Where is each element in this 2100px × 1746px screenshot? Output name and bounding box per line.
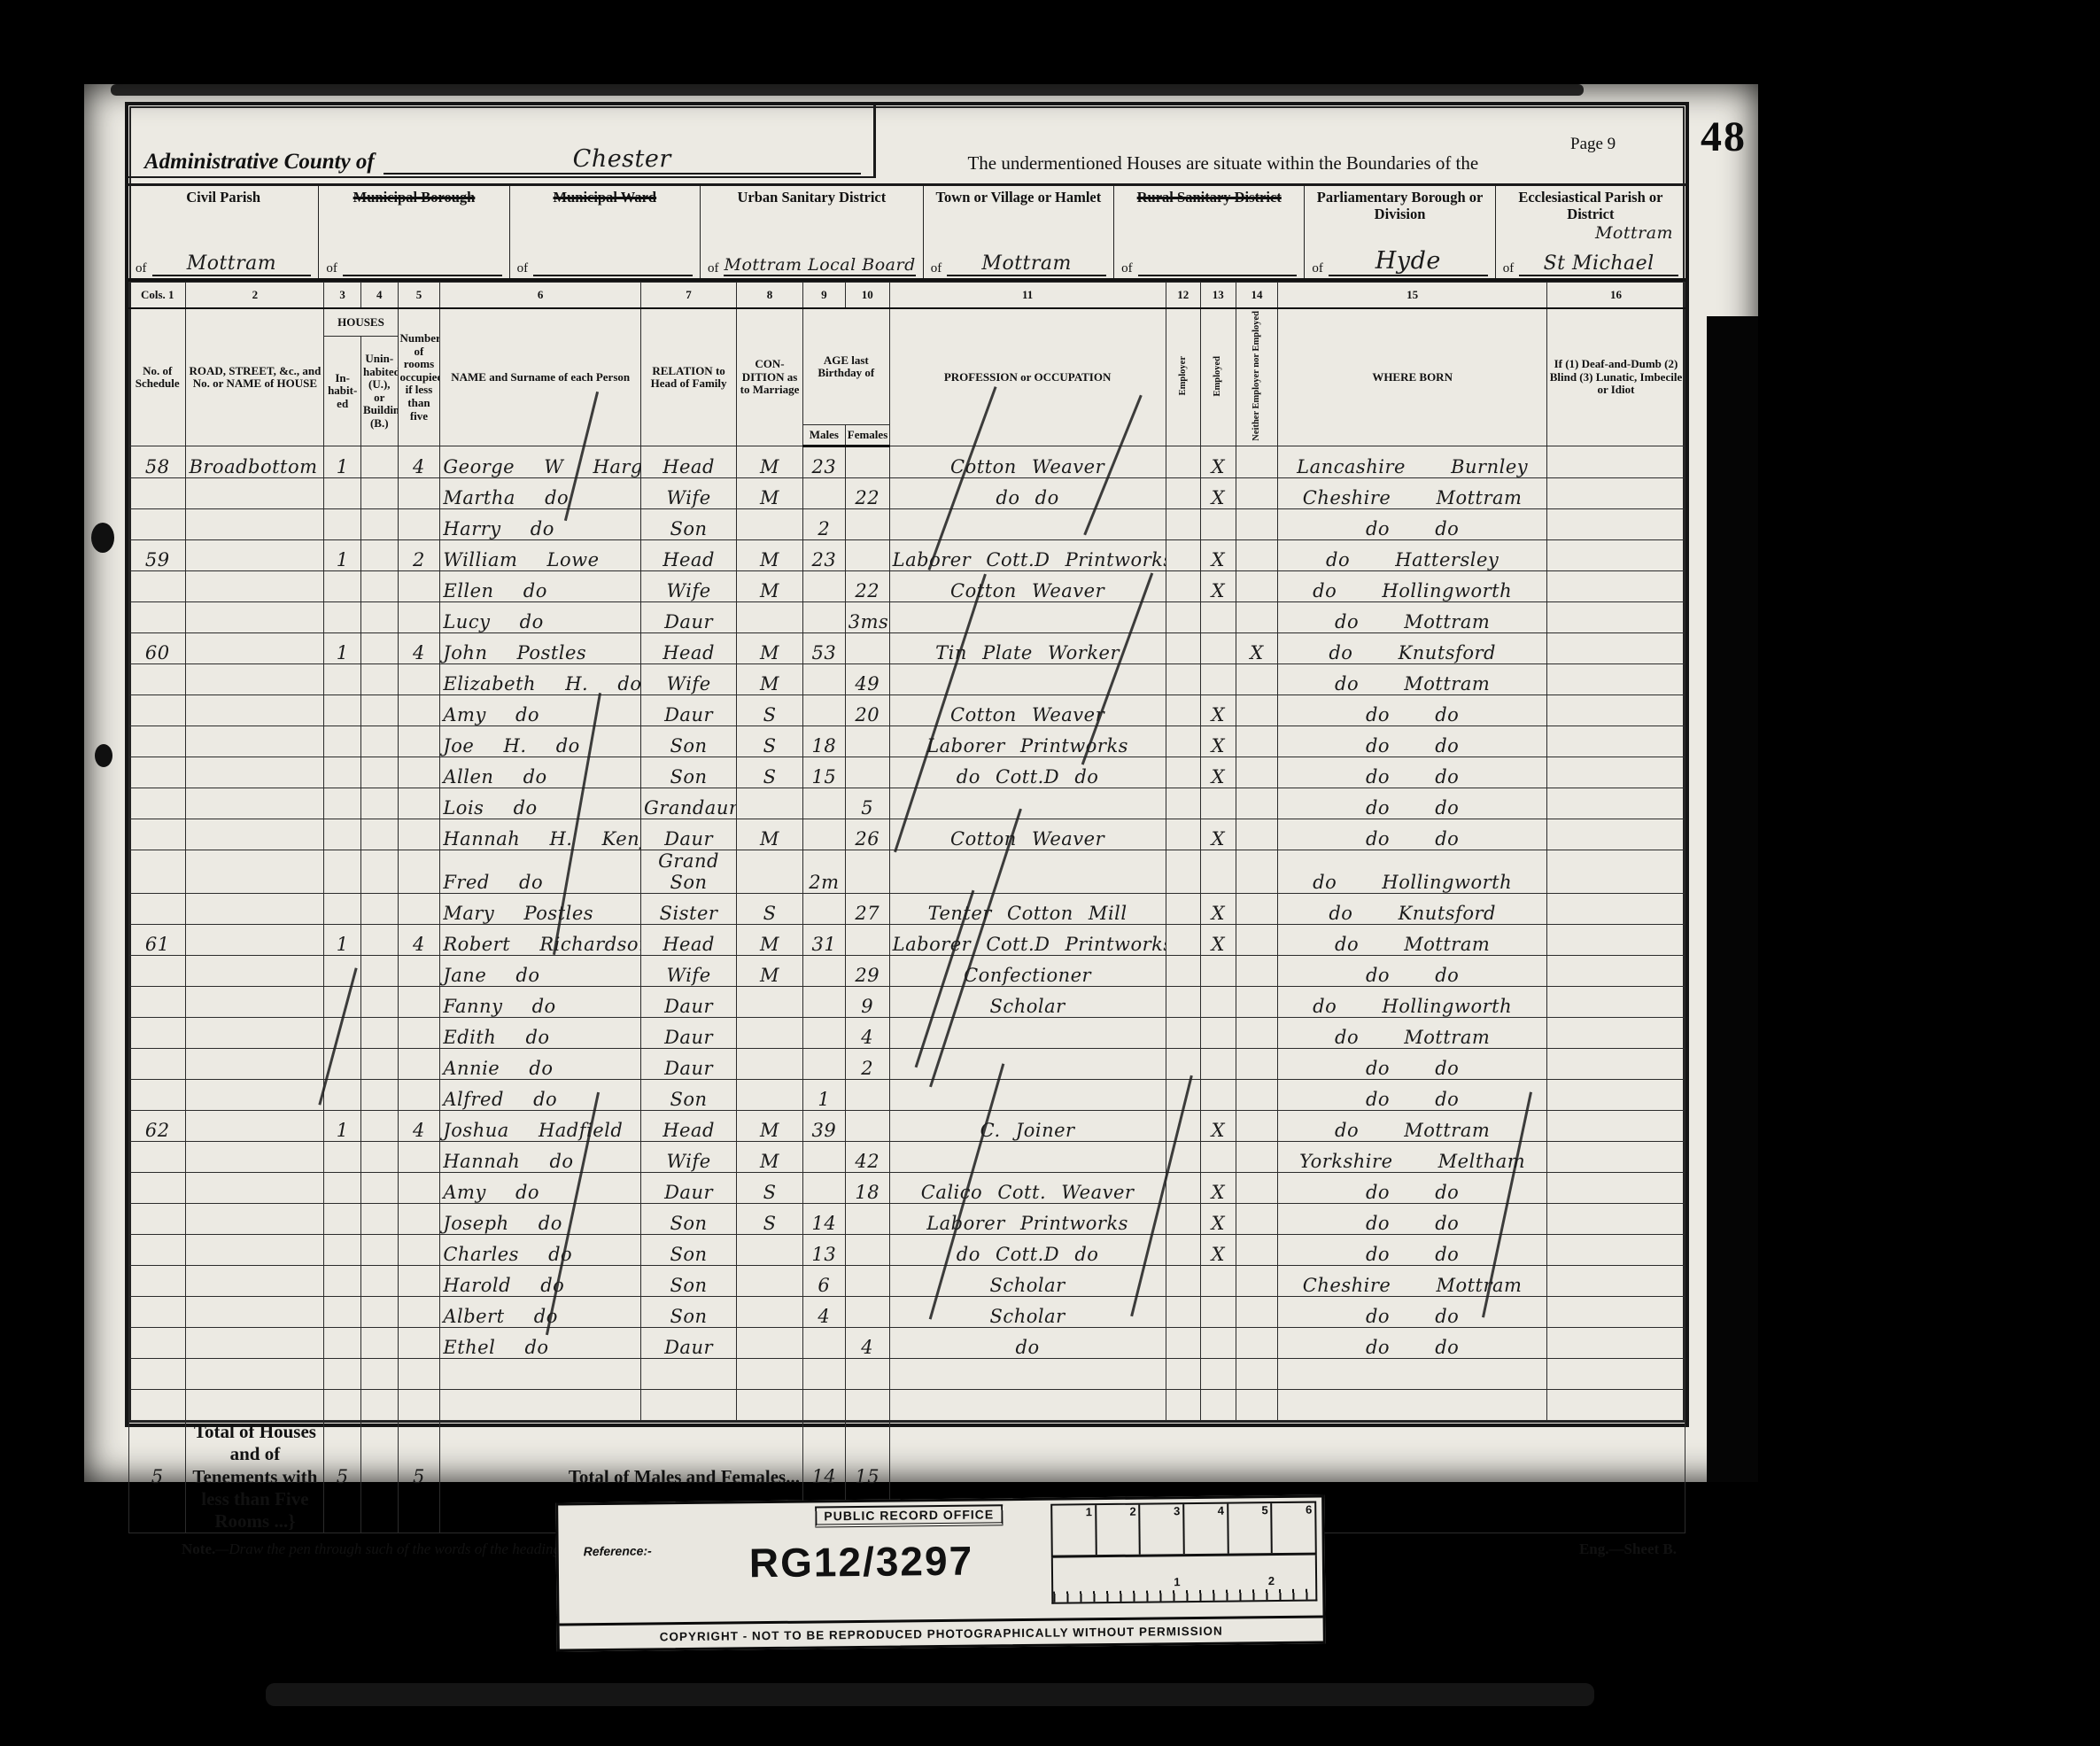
- cell-condition: M: [737, 925, 803, 956]
- header-inhabited: In-habit-ed: [324, 337, 361, 446]
- cell-where-born: do Mottram: [1278, 664, 1547, 695]
- cell-name: Ethel do: [440, 1328, 641, 1359]
- cell-inhabited: 1: [324, 1111, 361, 1142]
- cell-neither: [1236, 757, 1278, 788]
- ink-blot: [95, 744, 112, 767]
- cell-name: Albert do: [440, 1297, 641, 1328]
- cell-where-born: do do: [1278, 1328, 1547, 1359]
- cell-relation: Head: [641, 446, 737, 478]
- cell-condition: [737, 987, 803, 1018]
- cell-occupation: Laborer Printworks: [889, 726, 1166, 757]
- cell-occupation: Laborer Cott.D Printworks: [889, 925, 1166, 956]
- total-rooms: 5: [398, 1421, 440, 1533]
- cell-uninhabited: [360, 987, 398, 1018]
- cell-condition: M: [737, 446, 803, 478]
- cell-neither: [1236, 1204, 1278, 1235]
- census-row: Annie do Daur 2 do do: [129, 1049, 1685, 1080]
- cell-neither: [1236, 894, 1278, 925]
- census-row: Charles do Son 13 do Cott.D do X do do: [129, 1235, 1685, 1266]
- cell-relation: Son: [641, 1266, 737, 1297]
- cell-age-male: [802, 695, 845, 726]
- cell-infirmity: [1546, 757, 1685, 788]
- cell-uninhabited: [360, 1111, 398, 1142]
- cell-where-born: do do: [1278, 819, 1547, 850]
- cell-where-born: [1278, 1390, 1547, 1421]
- cell-rooms: 4: [398, 633, 440, 664]
- cell-where-born: do do: [1278, 788, 1547, 819]
- cell-inhabited: [324, 478, 361, 509]
- col-number: 4: [360, 283, 398, 309]
- cell-occupation: do Cott.D do: [889, 757, 1166, 788]
- cell-schedule: 59: [129, 540, 186, 571]
- cell-neither: [1236, 1049, 1278, 1080]
- cell-infirmity: [1546, 1111, 1685, 1142]
- cell-age-female: 27: [845, 894, 889, 925]
- cell-occupation: Scholar: [889, 987, 1166, 1018]
- cell-inhabited: [324, 956, 361, 987]
- cell-name: Joseph do: [440, 1204, 641, 1235]
- cell-age-male: [802, 1173, 845, 1204]
- cell-age-female: [845, 633, 889, 664]
- cell-name: Joshua Hadfield: [440, 1111, 641, 1142]
- header-infirmity: If (1) Deaf-and-Dumb (2) Blind (3) Lunat…: [1546, 308, 1685, 446]
- census-rows: 58 Broadbottom New Road 1 4 George W Har…: [129, 446, 1685, 1421]
- cell-occupation: Cotton Weaver: [889, 446, 1166, 478]
- cell-condition: M: [737, 1111, 803, 1142]
- cell-employed: [1201, 1080, 1236, 1111]
- cell-age-male: [802, 894, 845, 925]
- cell-age-male: [802, 1049, 845, 1080]
- cell-employed: X: [1201, 478, 1236, 509]
- cell-employer: [1166, 1018, 1201, 1049]
- cell-road: [186, 1204, 324, 1235]
- cell-where-born: do do: [1278, 695, 1547, 726]
- census-row: Fanny do Daur 9 Scholar do Hollingworth: [129, 987, 1685, 1018]
- cell-road: [186, 509, 324, 540]
- cell-condition: S: [737, 757, 803, 788]
- cell-infirmity: [1546, 1204, 1685, 1235]
- cell-employer: [1166, 956, 1201, 987]
- cell-relation: Wife: [641, 571, 737, 602]
- cell-uninhabited: [360, 540, 398, 571]
- census-scan-page: { "page": { "margin_number": "48", "page…: [0, 0, 2100, 1746]
- census-row: Hannah do Wife M 42 Yorkshire Meltham: [129, 1142, 1685, 1173]
- census-row: 61 1 4 Robert Richardson Head M 31 Labor…: [129, 925, 1685, 956]
- cell-road: [186, 695, 324, 726]
- cell-road: [186, 1390, 324, 1421]
- cell-where-born: do do: [1278, 1049, 1547, 1080]
- cell-schedule: [129, 571, 186, 602]
- cell-relation: Wife: [641, 956, 737, 987]
- cell-name: John Postles: [440, 633, 641, 664]
- cell-schedule: 58: [129, 446, 186, 478]
- cell-name: Mary Postles: [440, 894, 641, 925]
- census-row: Albert do Son 4 Scholar do do: [129, 1297, 1685, 1328]
- cell-inhabited: [324, 819, 361, 850]
- cell-schedule: [129, 1266, 186, 1297]
- header-males: Males: [802, 425, 845, 446]
- cell-relation: [641, 1390, 737, 1421]
- cell-infirmity: [1546, 478, 1685, 509]
- district-urban-sanitary: Urban Sanitary District of Mottram Local…: [701, 186, 924, 278]
- cell-where-born: do do: [1278, 1204, 1547, 1235]
- cell-schedule: [129, 757, 186, 788]
- census-row: Alfred do Son 1 do do: [129, 1080, 1685, 1111]
- header-occupation: PROFESSION or OCCUPATION: [889, 308, 1166, 446]
- cell-rooms: [398, 1359, 440, 1390]
- ecclesiastical-value-above: Mottram: [1595, 223, 1673, 243]
- cell-schedule: [129, 850, 186, 894]
- cell-schedule: [129, 1142, 186, 1173]
- cell-employer: [1166, 1049, 1201, 1080]
- cell-age-female: 9: [845, 987, 889, 1018]
- cell-name: Allen do: [440, 757, 641, 788]
- cell-employed: [1201, 1142, 1236, 1173]
- cell-infirmity: [1546, 446, 1685, 478]
- census-row: Edith do Daur 4 do Mottram: [129, 1018, 1685, 1049]
- col-number: 5: [398, 283, 440, 309]
- cell-inhabited: [324, 850, 361, 894]
- cell-rooms: [398, 1297, 440, 1328]
- cell-rooms: [398, 757, 440, 788]
- cell-infirmity: [1546, 726, 1685, 757]
- cell-employed: X: [1201, 540, 1236, 571]
- census-row: Allen do Son S 15 do Cott.D do X do do: [129, 757, 1685, 788]
- cell-relation: Daur: [641, 1018, 737, 1049]
- cell-uninhabited: [360, 664, 398, 695]
- cell-age-male: 23: [802, 446, 845, 478]
- cell-neither: [1236, 602, 1278, 633]
- cell-where-born: do do: [1278, 956, 1547, 987]
- header-rooms: Number of rooms occupied if less than fi…: [398, 308, 440, 446]
- cell-age-female: 18: [845, 1173, 889, 1204]
- pro-reference-stamp: PUBLIC RECORD OFFICE Reference:- RG12/32…: [555, 1494, 1326, 1651]
- cell-where-born: Lancashire Burnley: [1278, 446, 1547, 478]
- cell-relation: Grandaur: [641, 788, 737, 819]
- cell-rooms: [398, 695, 440, 726]
- cell-relation: Son: [641, 1235, 737, 1266]
- census-row: Hannah H. Kenyon Daur M 26 Cotton Weaver…: [129, 819, 1685, 850]
- cell-infirmity: [1546, 1018, 1685, 1049]
- cell-where-born: do do: [1278, 1173, 1547, 1204]
- cell-uninhabited: [360, 1297, 398, 1328]
- cell-employed: X: [1201, 819, 1236, 850]
- form-header: Administrative County of Chester The und…: [128, 105, 1685, 186]
- cell-age-female: 22: [845, 571, 889, 602]
- cell-age-male: [802, 956, 845, 987]
- cell-rooms: 4: [398, 925, 440, 956]
- cell-age-female: [845, 1080, 889, 1111]
- cell-age-male: [802, 478, 845, 509]
- cell-neither: [1236, 664, 1278, 695]
- cell-employer: [1166, 1235, 1201, 1266]
- cell-employer: [1166, 757, 1201, 788]
- cell-rooms: 2: [398, 540, 440, 571]
- cell-rooms: [398, 1328, 440, 1359]
- cell-employed: [1201, 850, 1236, 894]
- cell-inhabited: [324, 1018, 361, 1049]
- cell-schedule: 60: [129, 633, 186, 664]
- cell-employer: [1166, 540, 1201, 571]
- cell-age-female: [845, 1297, 889, 1328]
- cell-schedule: [129, 664, 186, 695]
- cell-where-born: do Hollingworth: [1278, 850, 1547, 894]
- cell-uninhabited: [360, 850, 398, 894]
- cell-relation: Wife: [641, 664, 737, 695]
- cell-where-born: do Mottram: [1278, 1018, 1547, 1049]
- cell-uninhabited: [360, 478, 398, 509]
- cell-rooms: [398, 1390, 440, 1421]
- cell-name: Annie do: [440, 1049, 641, 1080]
- cell-inhabited: 1: [324, 540, 361, 571]
- scan-dark-edge: [1707, 316, 1758, 1482]
- cell-where-born: do Knutsford: [1278, 894, 1547, 925]
- ruler-inches: 1 2 3 4 5 6: [1050, 1502, 1317, 1558]
- col-number: 16: [1546, 283, 1685, 309]
- cell-employed: [1201, 1359, 1236, 1390]
- cell-schedule: [129, 894, 186, 925]
- census-row: Jane do Wife M 29 Confectioner do do: [129, 956, 1685, 987]
- cell-name: Charles do: [440, 1235, 641, 1266]
- cell-rooms: [398, 1266, 440, 1297]
- cell-inhabited: [324, 571, 361, 602]
- census-row: [129, 1390, 1685, 1421]
- cell-neither: [1236, 850, 1278, 894]
- cell-neither: [1236, 1080, 1278, 1111]
- cell-age-female: [845, 1266, 889, 1297]
- census-row: 58 Broadbottom New Road 1 4 George W Har…: [129, 446, 1685, 478]
- cell-road: [186, 956, 324, 987]
- cell-schedule: [129, 478, 186, 509]
- cell-rooms: [398, 726, 440, 757]
- cell-name: Fanny do: [440, 987, 641, 1018]
- header-schedule: No. of Schedule: [129, 308, 186, 446]
- district-town-village: Town or Village or Hamlet of Mottram: [924, 186, 1114, 278]
- cell-rooms: [398, 478, 440, 509]
- census-row: [129, 1359, 1685, 1390]
- cell-schedule: [129, 602, 186, 633]
- cell-relation: Wife: [641, 478, 737, 509]
- cell-road: [186, 1359, 324, 1390]
- cell-condition: M: [737, 540, 803, 571]
- cell-infirmity: [1546, 956, 1685, 987]
- census-row: Lucy do Daur 3ms do Mottram: [129, 602, 1685, 633]
- cell-age-female: 4: [845, 1018, 889, 1049]
- cell-infirmity: [1546, 1173, 1685, 1204]
- cell-occupation: do Cott.D do: [889, 1235, 1166, 1266]
- cell-schedule: [129, 788, 186, 819]
- cell-schedule: [129, 956, 186, 987]
- header-condition: CON-DITION as to Marriage: [737, 308, 803, 446]
- cell-age-male: 13: [802, 1235, 845, 1266]
- cell-employed: X: [1201, 1173, 1236, 1204]
- cell-inhabited: [324, 1297, 361, 1328]
- cell-road: [186, 1018, 324, 1049]
- cell-age-male: 39: [802, 1111, 845, 1142]
- census-row: Fred do Grand Son 2m do Hollingworth: [129, 850, 1685, 894]
- cell-name: Robert Richardson: [440, 925, 641, 956]
- district-municipal-ward: Municipal Ward of: [510, 186, 701, 278]
- col-number: 11: [889, 283, 1166, 309]
- cell-occupation: Scholar: [889, 1266, 1166, 1297]
- cell-uninhabited: [360, 446, 398, 478]
- col-number: 8: [737, 283, 803, 309]
- col-number: 2: [186, 283, 324, 309]
- cell-age-male: [802, 1328, 845, 1359]
- cell-condition: M: [737, 633, 803, 664]
- census-row: Lois do Grandaur 5 do do: [129, 788, 1685, 819]
- cell-neither: [1236, 1018, 1278, 1049]
- folio-number: 48: [1694, 113, 1753, 161]
- cell-neither: [1236, 509, 1278, 540]
- header-females: Females: [845, 425, 889, 446]
- cell-condition: [737, 1049, 803, 1080]
- cell-age-female: [845, 1111, 889, 1142]
- cell-employed: X: [1201, 757, 1236, 788]
- cell-uninhabited: [360, 1328, 398, 1359]
- cell-uninhabited: [360, 695, 398, 726]
- cell-uninhabited: [360, 1204, 398, 1235]
- cell-rooms: [398, 571, 440, 602]
- cell-age-male: 18: [802, 726, 845, 757]
- cell-age-female: [845, 757, 889, 788]
- cell-schedule: 62: [129, 1111, 186, 1142]
- cell-infirmity: [1546, 602, 1685, 633]
- cell-occupation: do do: [889, 478, 1166, 509]
- cell-condition: M: [737, 1142, 803, 1173]
- cell-employer: [1166, 819, 1201, 850]
- cell-where-born: do do: [1278, 1297, 1547, 1328]
- cell-relation: Son: [641, 1080, 737, 1111]
- cell-neither: [1236, 788, 1278, 819]
- cell-employer: [1166, 695, 1201, 726]
- cell-employer: [1166, 1390, 1201, 1421]
- cell-condition: M: [737, 819, 803, 850]
- cell-name: Amy do: [440, 1173, 641, 1204]
- cell-road: [186, 1235, 324, 1266]
- cell-uninhabited: [360, 1142, 398, 1173]
- cell-name: George W Hargraves: [440, 446, 641, 478]
- cell-occupation: [889, 1018, 1166, 1049]
- cell-age-female: [845, 509, 889, 540]
- cell-relation: Son: [641, 1297, 737, 1328]
- cell-where-born: do Mottram: [1278, 602, 1547, 633]
- cell-schedule: [129, 1049, 186, 1080]
- cell-rooms: [398, 850, 440, 894]
- cell-age-female: 20: [845, 695, 889, 726]
- cell-rooms: [398, 664, 440, 695]
- cell-employer: [1166, 1297, 1201, 1328]
- cell-employer: [1166, 788, 1201, 819]
- col-number: Cols. 1: [129, 283, 186, 309]
- cell-condition: S: [737, 894, 803, 925]
- cell-neither: [1236, 571, 1278, 602]
- cell-occupation: [889, 1390, 1166, 1421]
- cell-employer: [1166, 1080, 1201, 1111]
- cell-rooms: [398, 1235, 440, 1266]
- cell-rooms: [398, 1173, 440, 1204]
- cell-infirmity: [1546, 819, 1685, 850]
- cell-condition: M: [737, 478, 803, 509]
- cell-name: Ellen do: [440, 571, 641, 602]
- cell-where-born: do Mottram: [1278, 1111, 1547, 1142]
- cell-name: Fred do: [440, 850, 641, 894]
- cell-condition: [737, 850, 803, 894]
- cell-inhabited: [324, 1049, 361, 1080]
- cell-condition: [737, 1266, 803, 1297]
- cell-schedule: [129, 1235, 186, 1266]
- cell-relation: Daur: [641, 602, 737, 633]
- cell-relation: Head: [641, 1111, 737, 1142]
- ink-blot: [91, 523, 114, 553]
- cell-age-male: 31: [802, 925, 845, 956]
- cell-employed: X: [1201, 571, 1236, 602]
- cell-road: [186, 987, 324, 1018]
- cell-uninhabited: [360, 1235, 398, 1266]
- cell-inhabited: 1: [324, 446, 361, 478]
- total-inhabited: 5: [324, 1421, 361, 1533]
- cell-occupation: Laborer Cott.D Printworks: [889, 540, 1166, 571]
- cell-rooms: 4: [398, 1111, 440, 1142]
- census-row: Mary Postles Sister S 27 Tenter Cotton M…: [129, 894, 1685, 925]
- cell-neither: [1236, 478, 1278, 509]
- cell-where-born: [1278, 1359, 1547, 1390]
- cell-inhabited: [324, 1204, 361, 1235]
- col-number: 3: [324, 283, 361, 309]
- cell-infirmity: [1546, 925, 1685, 956]
- cell-infirmity: [1546, 1328, 1685, 1359]
- col-number: 9: [802, 283, 845, 309]
- cell-infirmity: [1546, 695, 1685, 726]
- reference-number: RG12/3297: [749, 1537, 974, 1587]
- admin-county-box: Administrative County of Chester: [128, 105, 876, 178]
- census-row: Joe H. do Son S 18 Laborer Printworks X …: [129, 726, 1685, 757]
- admin-county-value: Chester: [384, 145, 861, 175]
- cell-uninhabited: [360, 1359, 398, 1390]
- cell-occupation: [889, 664, 1166, 695]
- cell-infirmity: [1546, 1266, 1685, 1297]
- cell-condition: [737, 1359, 803, 1390]
- cell-schedule: [129, 695, 186, 726]
- table-header: Cols. 1 2 3 4 5 6 7 8 9 10 11 12 13 14 1…: [129, 283, 1685, 446]
- cell-rooms: [398, 602, 440, 633]
- cell-uninhabited: [360, 757, 398, 788]
- cell-neither: [1236, 1359, 1278, 1390]
- cell-age-male: 2: [802, 509, 845, 540]
- cell-rooms: [398, 1080, 440, 1111]
- cell-occupation: do: [889, 1328, 1166, 1359]
- cell-relation: Daur: [641, 695, 737, 726]
- cell-name: [440, 1359, 641, 1390]
- cell-infirmity: [1546, 1049, 1685, 1080]
- total-houses-label: Total of Houses and of Tenements with le…: [186, 1421, 324, 1533]
- cell-relation: Daur: [641, 987, 737, 1018]
- cell-relation: Son: [641, 757, 737, 788]
- cell-occupation: [889, 602, 1166, 633]
- cell-inhabited: [324, 1359, 361, 1390]
- cell-inhabited: [324, 757, 361, 788]
- cell-road: [186, 757, 324, 788]
- cell-age-female: [845, 1235, 889, 1266]
- cell-neither: [1236, 1328, 1278, 1359]
- cell-employed: [1201, 633, 1236, 664]
- cell-neither: [1236, 925, 1278, 956]
- cell-occupation: Cotton Weaver: [889, 571, 1166, 602]
- cell-age-female: [845, 850, 889, 894]
- cell-inhabited: 1: [324, 633, 361, 664]
- cell-age-female: 5: [845, 788, 889, 819]
- cell-occupation: Tin Plate Worker: [889, 633, 1166, 664]
